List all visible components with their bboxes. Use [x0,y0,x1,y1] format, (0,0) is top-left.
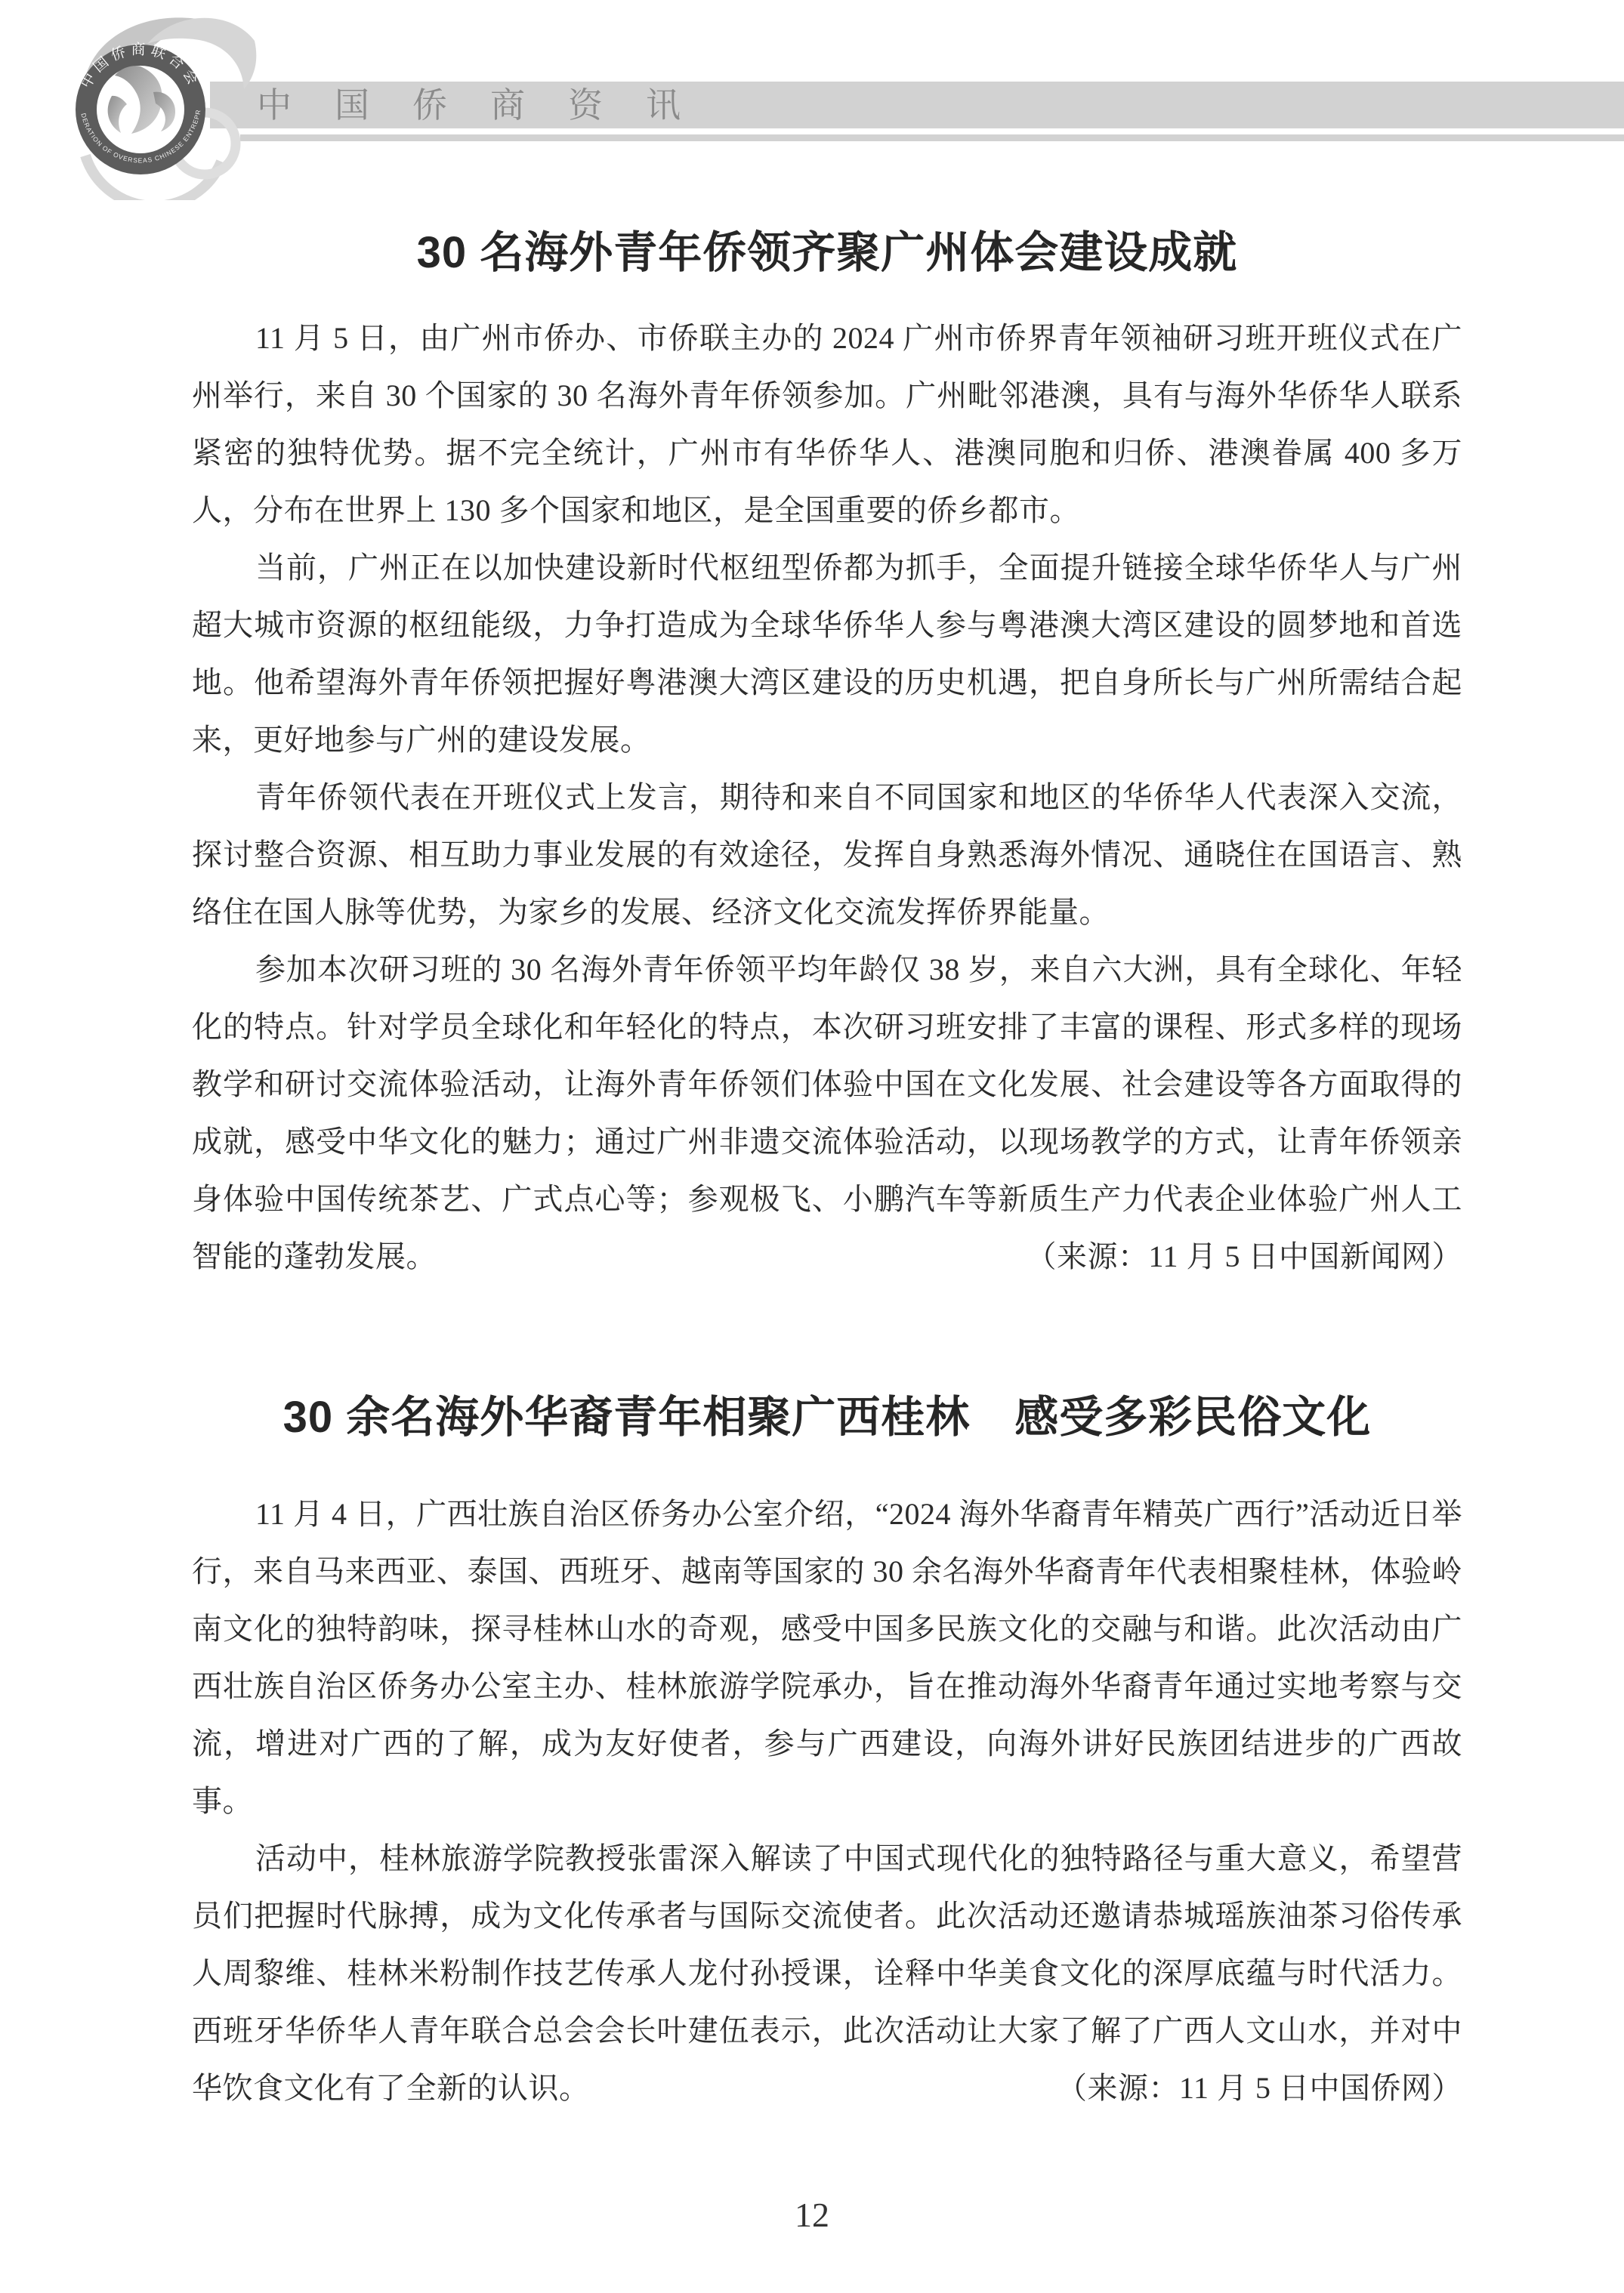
paragraph: 当前，广州正在以加快建设新时代枢纽型侨都为抓手，全面提升链接全球华侨华人与广州超… [192,539,1462,769]
article-title: 30 名海外青年侨领齐聚广州体会建设成就 [192,227,1462,279]
paragraph: 11 月 5 日，由广州市侨办、市侨联主办的 2024 广州市侨界青年领袖研习班… [192,310,1462,539]
page-content: 30 名海外青年侨领齐聚广州体会建设成就 11 月 5 日，由广州市侨办、市侨联… [192,0,1462,2117]
article-guangxi: 30 余名海外华裔青年相聚广西桂林 感受多彩民俗文化 11 月 4 日，广西壮族… [192,1391,1462,2117]
paragraph: 活动中，桂林旅游学院教授张雷深入解读了中国式现代化的独特路径与重大意义，希望营员… [192,1830,1462,2117]
source-credit: （来源：11 月 5 日中国新闻网） [1026,1228,1462,1285]
article-body: 11 月 5 日，由广州市侨办、市侨联主办的 2024 广州市侨界青年领袖研习班… [192,310,1462,1285]
paragraph: 青年侨领代表在开班仪式上发言，期待和来自不同国家和地区的华侨华人代表深入交流，探… [192,769,1462,941]
page-number: 12 [0,2195,1624,2235]
paragraph: 参加本次研习班的 30 名海外青年侨领平均年龄仅 38 岁，来自六大洲，具有全球… [192,941,1462,1285]
source-credit: （来源：11 月 5 日中国侨网） [1057,2060,1462,2117]
article-body: 11 月 4 日，广西壮族自治区侨务办公室介绍，“2024 海外华裔青年精英广西… [192,1486,1462,2117]
article-title: 30 余名海外华裔青年相聚广西桂林 感受多彩民俗文化 [192,1391,1462,1444]
paragraph: 11 月 4 日，广西壮族自治区侨务办公室介绍，“2024 海外华裔青年精英广西… [192,1486,1462,1830]
article-guangzhou: 30 名海外青年侨领齐聚广州体会建设成就 11 月 5 日，由广州市侨办、市侨联… [192,227,1462,1285]
